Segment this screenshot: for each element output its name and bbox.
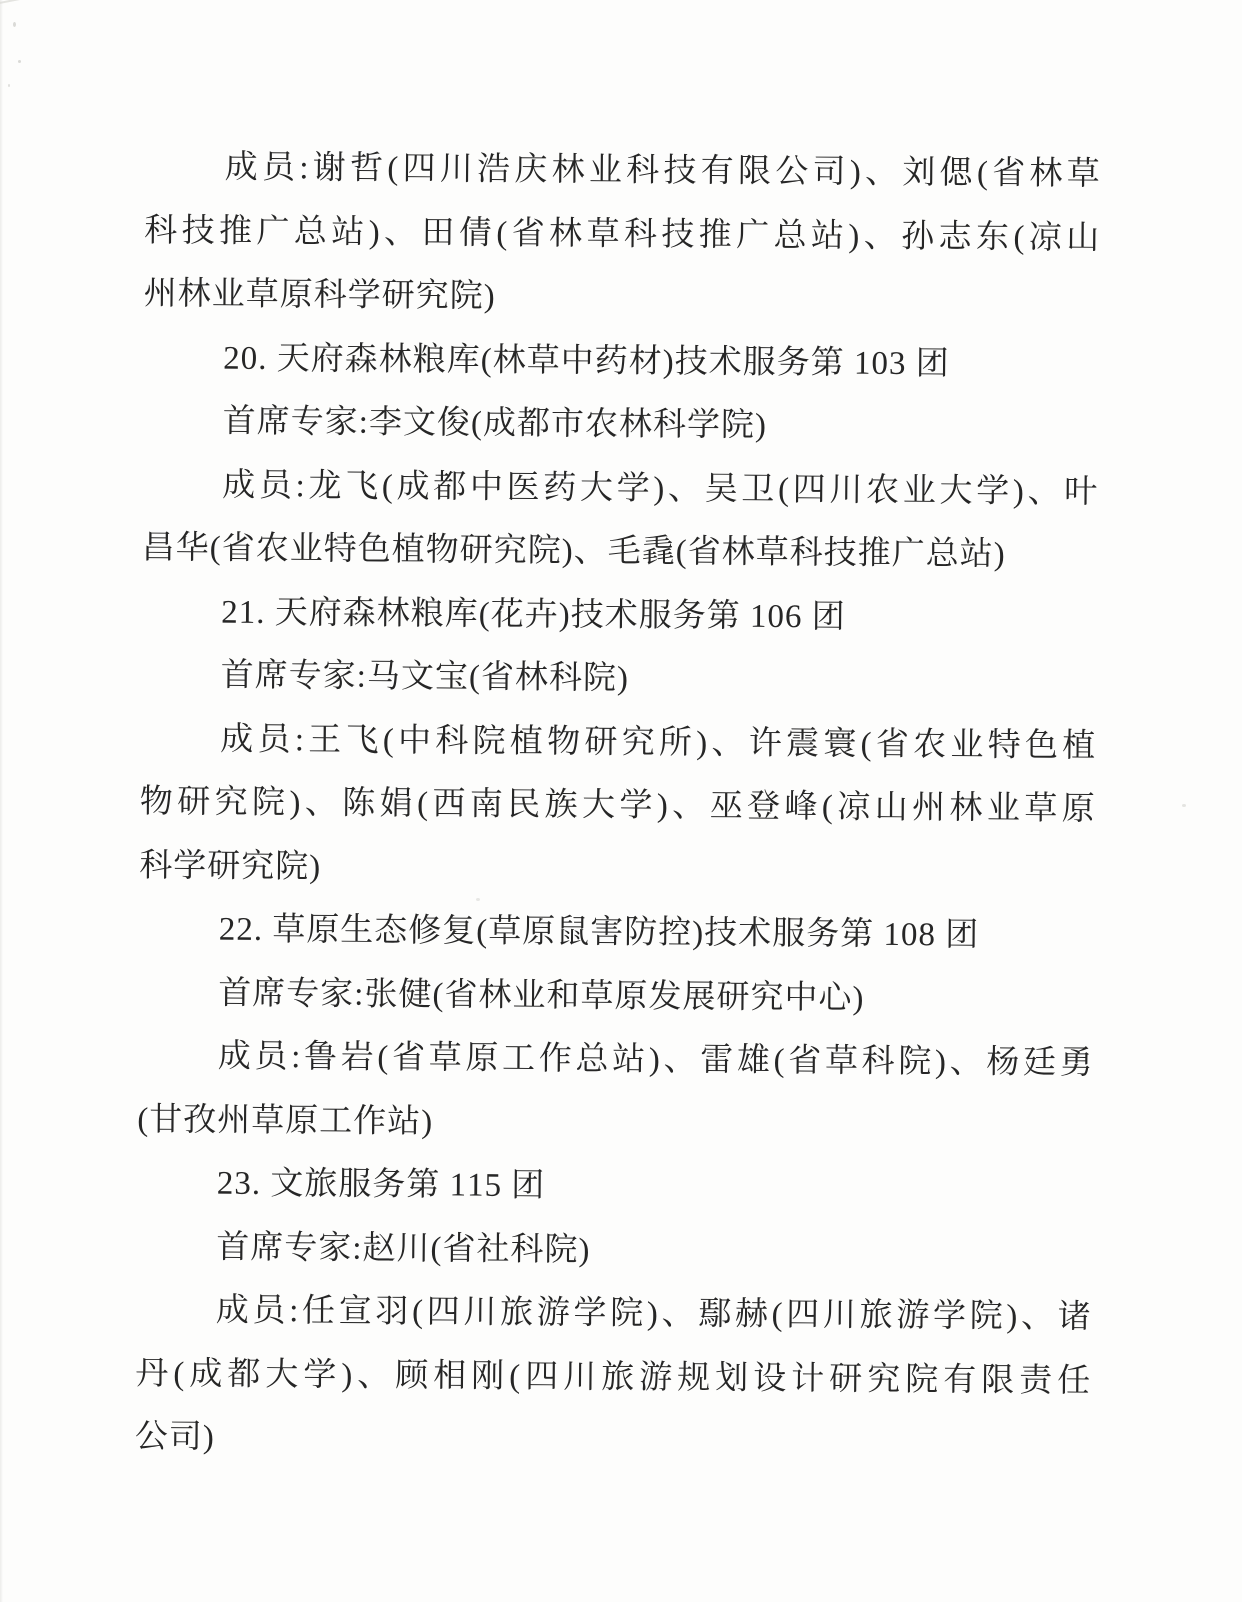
scan-speck <box>8 84 10 87</box>
team-19-members-continued: 成员:谢哲(四川浩庆林业科技有限公司)、刘偲(省林草科技推广总站)、田倩(省林草… <box>144 136 1101 334</box>
scan-edge-shadow <box>0 0 3 1602</box>
text-line: 首席专家:张健(省林业和草原发展研究中心) <box>138 961 1094 1032</box>
text-line: (甘孜州草原工作站) <box>137 1088 1093 1159</box>
text-line: 丹(成都大学)、顾相刚(四川旅游规划设计研究院有限责任 <box>135 1342 1091 1413</box>
text-line: 科技推广总站)、田倩(省林草科技推广总站)、孙志东(凉山 <box>144 199 1100 270</box>
team-20-members: 成员:龙飞(成都中医药大学)、吴卫(四川农业大学)、叶昌华(省农业特色植物研究院… <box>142 453 1099 588</box>
text-line: 物研究院)、陈娟(西南民族大学)、巫登峰(凉山州林业草原 <box>140 771 1096 842</box>
text-line: 公司) <box>135 1406 1091 1477</box>
text-line: 昌华(省农业特色植物研究院)、毛毳(省林草科技推广总站) <box>142 517 1098 588</box>
team-23-title: 23. 文旅服务第 115 团 <box>137 1152 1093 1223</box>
text-line: 23. 文旅服务第 115 团 <box>137 1152 1093 1223</box>
team-23-members: 成员:任宣羽(四川旅游学院)、鄢赫(四川旅游学院)、诸丹(成都大学)、顾相刚(四… <box>135 1279 1092 1477</box>
text-line: 科学研究院) <box>139 834 1095 905</box>
team-21-title: 21. 天府森林粮库(花卉)技术服务第 106 团 <box>141 580 1097 651</box>
text-line: 21. 天府森林粮库(花卉)技术服务第 106 团 <box>141 580 1097 651</box>
text-line: 成员:任宣羽(四川旅游学院)、鄢赫(四川旅游学院)、诸 <box>136 1279 1092 1350</box>
scan-speck <box>18 60 21 63</box>
scanned-document-page: 成员:谢哲(四川浩庆林业科技有限公司)、刘偲(省林草科技推广总站)、田倩(省林草… <box>0 0 1242 1602</box>
text-line: 成员:谢哲(四川浩庆林业科技有限公司)、刘偲(省林草 <box>145 136 1101 207</box>
scan-corner-line-artifact <box>0 0 53 5</box>
text-line: 成员:鲁岩(省草原工作总站)、雷雄(省草科院)、杨廷勇 <box>138 1025 1094 1096</box>
team-21-members: 成员:王飞(中科院植物研究所)、许震寰(省农业特色植物研究院)、陈娟(西南民族大… <box>139 707 1096 905</box>
scan-speck <box>13 22 16 27</box>
text-line: 首席专家:赵川(省社科院) <box>136 1215 1092 1286</box>
text-line: 成员:龙飞(成都中医药大学)、吴卫(四川农业大学)、叶 <box>142 453 1098 524</box>
team-22-members: 成员:鲁岩(省草原工作总站)、雷雄(省草科院)、杨廷勇(甘孜州草原工作站) <box>137 1025 1094 1160</box>
text-line: 成员:王飞(中科院植物研究所)、许震寰(省农业特色植 <box>140 707 1096 778</box>
document-text-body: 成员:谢哲(四川浩庆林业科技有限公司)、刘偲(省林草科技推广总站)、田倩(省林草… <box>135 136 1101 1477</box>
text-line: 首席专家:李文俊(成都市农林科学院) <box>143 390 1099 461</box>
text-line: 首席专家:马文宝(省林科院) <box>141 644 1097 715</box>
text-line: 20. 天府森林粮库(林草中药材)技术服务第 103 团 <box>143 326 1099 397</box>
scan-speck <box>1182 804 1186 807</box>
team-22-title: 22. 草原生态修复(草原鼠害防控)技术服务第 108 团 <box>139 898 1095 969</box>
team-20-chief: 首席专家:李文俊(成都市农林科学院) <box>143 390 1099 461</box>
team-22-chief: 首席专家:张健(省林业和草原发展研究中心) <box>138 961 1094 1032</box>
text-line: 州林业草原科学研究院) <box>144 263 1100 334</box>
text-line: 22. 草原生态修复(草原鼠害防控)技术服务第 108 团 <box>139 898 1095 969</box>
team-20-title: 20. 天府森林粮库(林草中药材)技术服务第 103 团 <box>143 326 1099 397</box>
team-21-chief: 首席专家:马文宝(省林科院) <box>141 644 1097 715</box>
team-23-chief: 首席专家:赵川(省社科院) <box>136 1215 1092 1286</box>
